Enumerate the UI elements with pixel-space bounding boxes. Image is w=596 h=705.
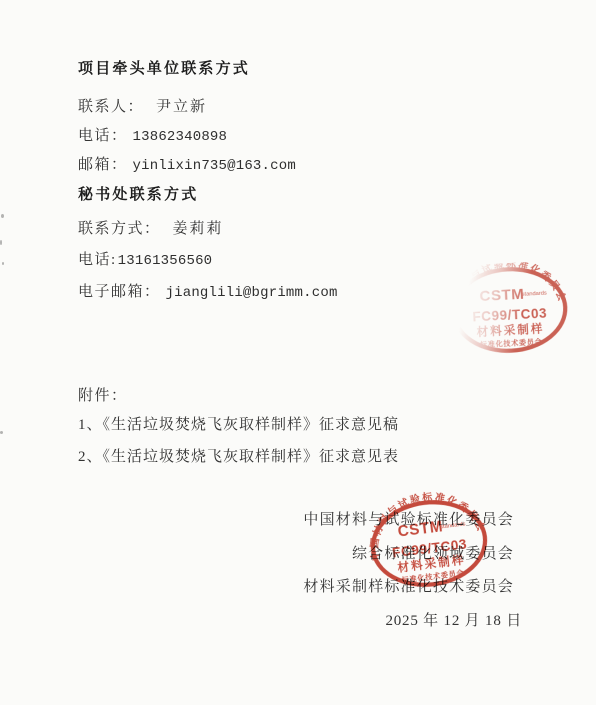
cstm-seal-stamp-partial: 中国材料与试验标准化委员会 CSTM standards FC99/TC03 材… <box>447 260 573 360</box>
svg-text:中国材料与试验标准化委员会: 中国材料与试验标准化委员会 <box>446 254 571 324</box>
secretariat-phone-line: 电话:13161356560 <box>78 248 212 269</box>
secretariat-phone-value: 13161356560 <box>118 253 213 269</box>
stamp-committee: 材料采制样 <box>476 321 544 339</box>
signature-block: 中国材料与试验标准化委员会 综合标准化领域委员会 材料采制样标准化技术委员会 2… <box>303 504 514 638</box>
secretariat-email-line: 电子邮箱：jianglili@bgrimm.com <box>78 280 338 301</box>
signature-org-line-2: 综合标准化领域委员会 <box>303 538 514 572</box>
stamp-committee-sub: 标准化技术委员会 <box>479 337 543 349</box>
phone-value: 13862340898 <box>133 129 228 145</box>
email-label: 邮箱： <box>78 157 128 173</box>
signature-date: 2025 年 12 月 18 日 <box>303 605 522 639</box>
email-value: yinlixin735@163.com <box>133 158 296 174</box>
email-line: 邮箱：yinlixin735@163.com <box>78 153 296 174</box>
scan-speckle <box>0 431 3 434</box>
phone-label: 电话： <box>78 128 128 144</box>
attachments-heading: 附件： <box>78 384 128 405</box>
signature-org-line-3: 材料采制样标准化技术委员会 <box>303 571 514 605</box>
scan-speckle <box>2 262 4 265</box>
scan-speckle <box>0 240 2 245</box>
lead-contact-heading: 项目牵头单位联系方式 <box>78 57 250 78</box>
stamp-code: FC99/TC03 <box>472 305 547 324</box>
stamp-seal-icon: 中国材料与试验标准化委员会 CSTM standards FC99/TC03 材… <box>447 260 573 360</box>
stamp-arc-text: 中国材料与试验标准化委员会 <box>446 254 571 324</box>
secretariat-phone-label: 电话: <box>78 252 117 268</box>
attachment-item-1: 1、《生活垃圾焚烧飞灰取样制样》征求意见稿 <box>78 413 399 434</box>
phone-line: 电话：13862340898 <box>78 124 227 145</box>
stamp-acronym-suffix: standards <box>522 290 548 297</box>
scan-speckle <box>1 214 4 218</box>
contact-person-label: 联系人： <box>78 99 144 115</box>
secretariat-email-label: 电子邮箱： <box>78 284 161 300</box>
secretariat-contact-label: 联系方式： <box>78 221 161 237</box>
secretariat-email-value: jianglili@bgrimm.com <box>166 285 338 301</box>
attachment-item-2: 2、《生活垃圾焚烧飞灰取样制样》征求意见表 <box>78 445 399 466</box>
secretariat-heading: 秘书处联系方式 <box>78 183 198 204</box>
secretariat-contact-value: 姜莉莉 <box>173 221 224 237</box>
stamp-acronym: CSTM <box>479 286 525 305</box>
contact-person-value: 尹立新 <box>156 99 207 115</box>
secretariat-contact-line: 联系方式：姜莉莉 <box>78 217 224 238</box>
signature-org-line-1: 中国材料与试验标准化委员会 <box>303 504 514 538</box>
contact-person-line: 联系人：尹立新 <box>78 95 207 116</box>
scanned-document-page: 项目牵头单位联系方式 联系人：尹立新 电话：13862340898 邮箱：yin… <box>0 0 596 705</box>
